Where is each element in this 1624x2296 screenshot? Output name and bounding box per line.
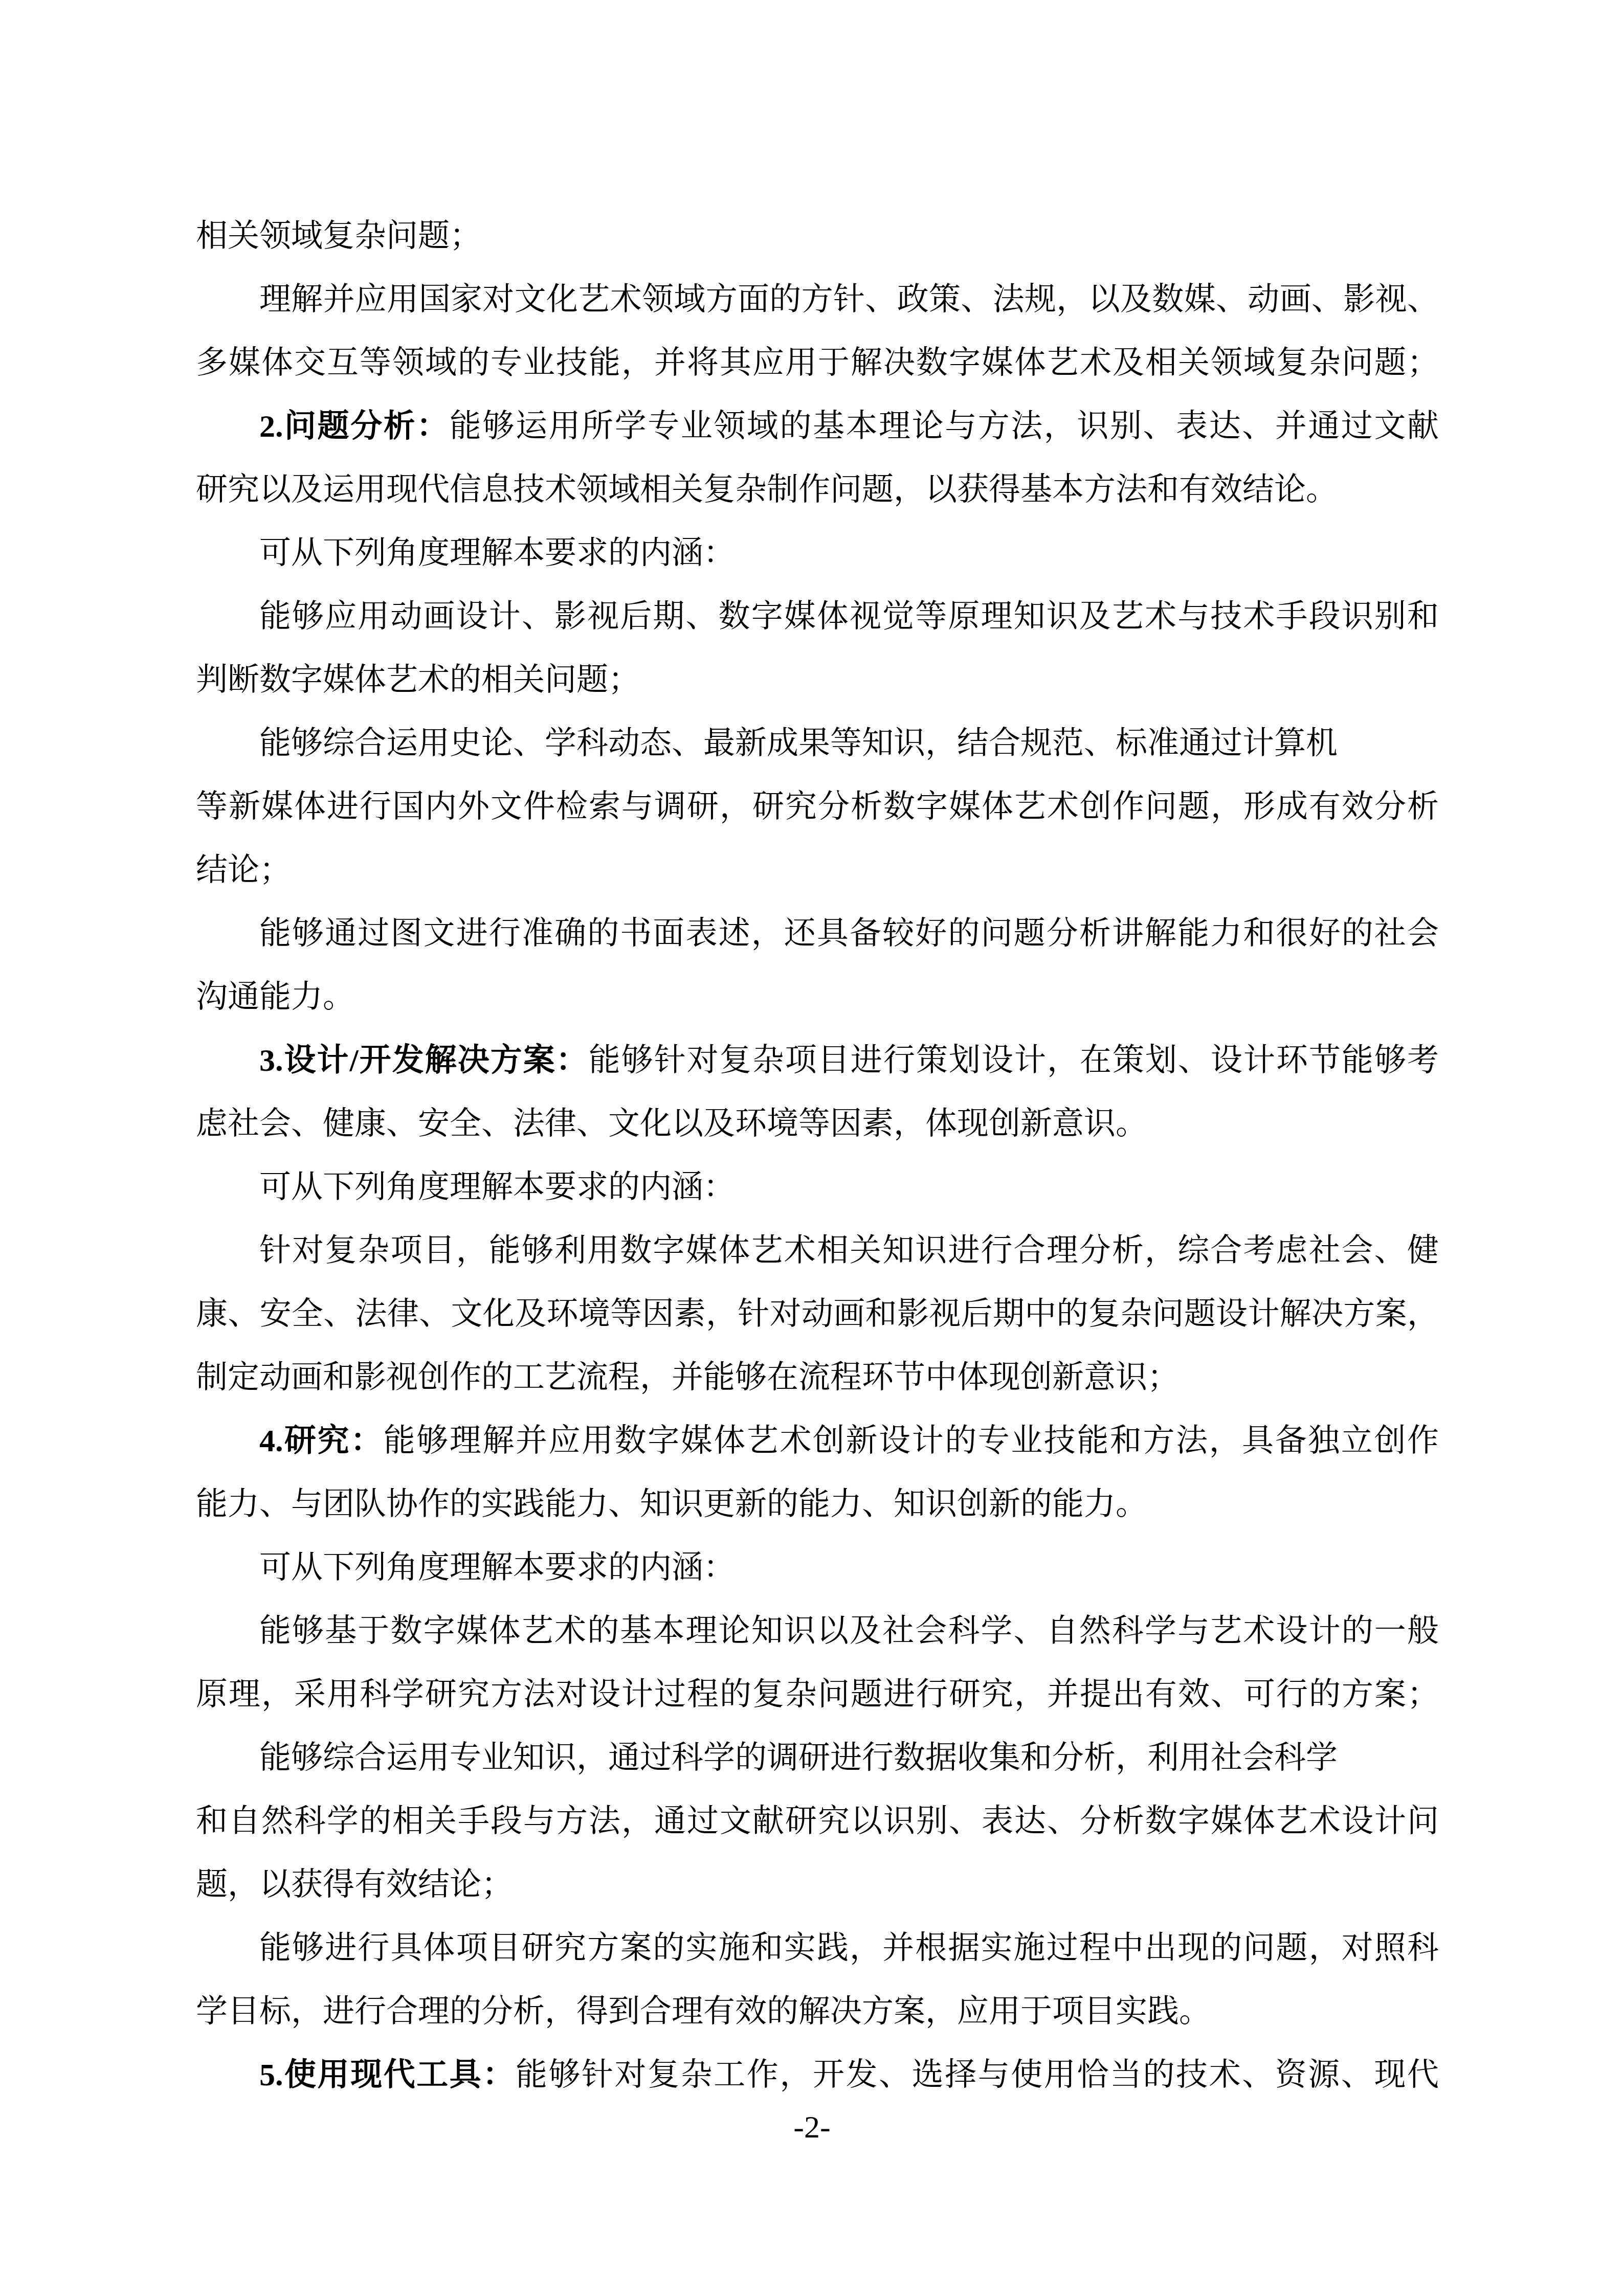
- text-line: 能够综合运用史论、学科动态、最新成果等知识，结合规范、标准通过计算机: [196, 712, 1439, 775]
- document-page: 相关领域复杂问题；理解并应用国家对文化艺术领域方面的方针、政策、法规，以及数媒、…: [0, 0, 1624, 2296]
- text-run: 理解并应用国家对文化艺术领域方面的方针、政策、法规，以及数媒、动画、影视、: [259, 282, 1439, 317]
- text-line: 相关领域复杂问题；: [196, 205, 1439, 268]
- text-run: 可从下列角度理解本要求的内涵：: [259, 536, 735, 571]
- section-heading: 5.使用现代工具：: [259, 2058, 516, 2092]
- text-line: 沟通能力。: [196, 965, 1439, 1029]
- text-run: 相关领域复杂问题；: [196, 219, 481, 254]
- text-run: 研究以及运用现代信息技术领域相关复杂制作问题，以获得基本方法和有效结论。: [196, 472, 1338, 507]
- text-run: 能力、与团队协作的实践能力、知识更新的能力、知识创新的能力。: [196, 1487, 1147, 1522]
- text-run: 能够基于数字媒体艺术的基本理论知识以及社会科学、自然科学与艺术设计的一般: [259, 1614, 1439, 1649]
- text-line: 学目标，进行合理的分析，得到合理有效的解决方案，应用于项目实践。: [196, 1980, 1439, 2043]
- text-line: 2.问题分析：能够运用所学专业领域的基本理论与方法，识别、表达、并通过文献: [196, 395, 1439, 458]
- text-run: 虑社会、健康、安全、法律、文化以及环境等因素，体现创新意识。: [196, 1107, 1147, 1141]
- text-line: 研究以及运用现代信息技术领域相关复杂制作问题，以获得基本方法和有效结论。: [196, 458, 1439, 522]
- text-line: 原理，采用科学研究方法对设计过程的复杂问题进行研究，并提出有效、可行的方案；: [196, 1663, 1439, 1726]
- text-line: 理解并应用国家对文化艺术领域方面的方针、政策、法规，以及数媒、动画、影视、: [196, 268, 1439, 331]
- text-run: 能够针对复杂项目进行策划设计，在策划、设计环节能够考: [589, 1043, 1439, 1078]
- text-line: 4.研究：能够理解并应用数字媒体艺术创新设计的专业技能和方法，具备独立创作: [196, 1409, 1439, 1473]
- text-run: 判断数字媒体艺术的相关问题；: [196, 663, 640, 697]
- text-run: 针对复杂项目，能够利用数字媒体艺术相关知识进行合理分析，综合考虑社会、健: [259, 1233, 1439, 1268]
- text-line: 针对复杂项目，能够利用数字媒体艺术相关知识进行合理分析，综合考虑社会、健: [196, 1219, 1439, 1282]
- text-line: 虑社会、健康、安全、法律、文化以及环境等因素，体现创新意识。: [196, 1092, 1439, 1156]
- text-line: 多媒体交互等领域的专业技能，并将其应用于解决数字媒体艺术及相关领域复杂问题；: [196, 331, 1439, 395]
- page-number: -2-: [793, 2110, 830, 2145]
- text-line: 判断数字媒体艺术的相关问题；: [196, 648, 1439, 712]
- page-footer: -2-: [0, 2096, 1624, 2159]
- text-line: 能够通过图文进行准确的书面表述，还具备较好的问题分析讲解能力和很好的社会: [196, 902, 1439, 965]
- text-run: 可从下列角度理解本要求的内涵：: [259, 1170, 735, 1205]
- text-line: 能够基于数字媒体艺术的基本理论知识以及社会科学、自然科学与艺术设计的一般: [196, 1600, 1439, 1663]
- text-line: 和自然科学的相关手段与方法，通过文献研究以识别、表达、分析数字媒体艺术设计问: [196, 1790, 1439, 1853]
- text-run: 能够理解并应用数字媒体艺术创新设计的专业技能和方法，具备独立创作: [384, 1424, 1439, 1458]
- text-run: 沟通能力。: [196, 980, 354, 1015]
- text-line: 能够应用动画设计、影视后期、数字媒体视觉等原理知识及艺术与技术手段识别和: [196, 585, 1439, 648]
- text-line: 制定动画和影视创作的工艺流程，并能够在流程环节中体现创新意识；: [196, 1346, 1439, 1409]
- text-run: 等新媒体进行国内外文件检索与调研，研究分析数字媒体艺术创作问题，形成有效分析: [196, 790, 1439, 824]
- text-line: 等新媒体进行国内外文件检索与调研，研究分析数字媒体艺术创作问题，形成有效分析: [196, 775, 1439, 839]
- text-line: 可从下列角度理解本要求的内涵：: [196, 522, 1439, 585]
- text-run: 结论；: [196, 853, 291, 888]
- text-run: 能够运用所学专业领域的基本理论与方法，识别、表达、并通过文献: [450, 409, 1439, 444]
- section-heading: 2.问题分析：: [259, 409, 450, 444]
- document-body: 相关领域复杂问题；理解并应用国家对文化艺术领域方面的方针、政策、法规，以及数媒、…: [196, 205, 1439, 2107]
- text-line: 题，以获得有效结论；: [196, 1853, 1439, 1917]
- text-line: 能力、与团队协作的实践能力、知识更新的能力、知识创新的能力。: [196, 1473, 1439, 1536]
- text-run: 题，以获得有效结论；: [196, 1867, 513, 1902]
- text-line: 能够进行具体项目研究方案的实施和实践，并根据实施过程中出现的问题，对照科: [196, 1917, 1439, 1980]
- text-line: 可从下列角度理解本要求的内涵：: [196, 1156, 1439, 1219]
- text-run: 能够通过图文进行准确的书面表述，还具备较好的问题分析讲解能力和很好的社会: [259, 916, 1439, 951]
- text-line: 可从下列角度理解本要求的内涵：: [196, 1536, 1439, 1600]
- text-run: 和自然科学的相关手段与方法，通过文献研究以识别、表达、分析数字媒体艺术设计问: [196, 1804, 1439, 1839]
- section-heading: 4.研究：: [259, 1424, 384, 1458]
- text-run: 学目标，进行合理的分析，得到合理有效的解决方案，应用于项目实践。: [196, 1994, 1211, 2029]
- text-line: 能够综合运用专业知识，通过科学的调研进行数据收集和分析，利用社会科学: [196, 1726, 1439, 1790]
- text-line: 康、安全、法律、文化及环境等因素，针对动画和影视后期中的复杂问题设计解决方案，: [196, 1282, 1439, 1346]
- text-line: 结论；: [196, 839, 1439, 902]
- section-heading: 3.设计/开发解决方案：: [259, 1043, 589, 1078]
- text-run: 可从下列角度理解本要求的内涵：: [259, 1550, 735, 1585]
- text-run: 能够综合运用专业知识，通过科学的调研进行数据收集和分析，利用社会科学: [259, 1741, 1338, 1775]
- text-run: 原理，采用科学研究方法对设计过程的复杂问题进行研究，并提出有效、可行的方案；: [196, 1677, 1439, 1712]
- text-line: 3.设计/开发解决方案：能够针对复杂项目进行策划设计，在策划、设计环节能够考: [196, 1029, 1439, 1092]
- text-run: 能够综合运用史论、学科动态、最新成果等知识，结合规范、标准通过计算机: [259, 726, 1338, 761]
- text-run: 康、安全、法律、文化及环境等因素，针对动画和影视后期中的复杂问题设计解决方案，: [196, 1297, 1439, 1332]
- text-run: 多媒体交互等领域的专业技能，并将其应用于解决数字媒体艺术及相关领域复杂问题；: [196, 346, 1439, 380]
- text-run: 能够应用动画设计、影视后期、数字媒体视觉等原理知识及艺术与技术手段识别和: [259, 599, 1439, 634]
- text-run: 制定动画和影视创作的工艺流程，并能够在流程环节中体现创新意识；: [196, 1360, 1179, 1395]
- text-run: 能够进行具体项目研究方案的实施和实践，并根据实施过程中出现的问题，对照科: [259, 1931, 1439, 1966]
- text-run: 能够针对复杂工作，开发、选择与使用恰当的技术、资源、现代: [516, 2058, 1439, 2092]
